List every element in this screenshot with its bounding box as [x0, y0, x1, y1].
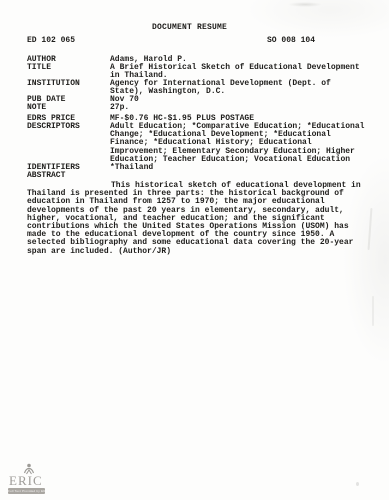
field-value-note: 27p.	[110, 104, 129, 112]
ed-accession-number: ED 102 065	[27, 37, 75, 45]
field-value-institution: Agency for International Development (De…	[110, 80, 331, 96]
eric-logo: ERIC Full Text Provided by ERIC	[6, 463, 56, 499]
field-value-identifiers: *Thailand	[110, 164, 153, 172]
eric-logo-tagline: Full Text Provided by ERIC	[8, 488, 45, 494]
eric-logo-text: ERIC	[9, 474, 43, 487]
document-page: DOCUMENT RESUME ED 102 065 SO 008 104 AU…	[0, 0, 389, 500]
scan-smudge-dot	[356, 482, 359, 486]
field-value-descriptors: Adult Education; *Comparative Education;…	[110, 123, 364, 164]
clearinghouse-number: SO 008 104	[267, 37, 315, 45]
abstract-label: ABSTRACT	[27, 172, 65, 180]
field-value-title: A Brief Historical Sketch of Educational…	[110, 64, 360, 80]
eric-logo-banner: Full Text Provided by ERIC	[8, 488, 45, 494]
scan-smudge-right-2	[372, 296, 374, 326]
abstract-text: This historical sketch of educational de…	[27, 182, 361, 256]
field-label-title: TITLE	[27, 64, 51, 72]
field-label-institution: INSTITUTION	[27, 80, 80, 88]
field-label-descriptors: DESCRIPTORS	[27, 123, 80, 131]
field-label-note: NOTE	[27, 104, 46, 112]
scan-smudge-top	[288, 2, 322, 7]
document-type-heading: DOCUMENT RESUME	[152, 24, 227, 32]
scan-smudge-right-1	[368, 208, 373, 250]
